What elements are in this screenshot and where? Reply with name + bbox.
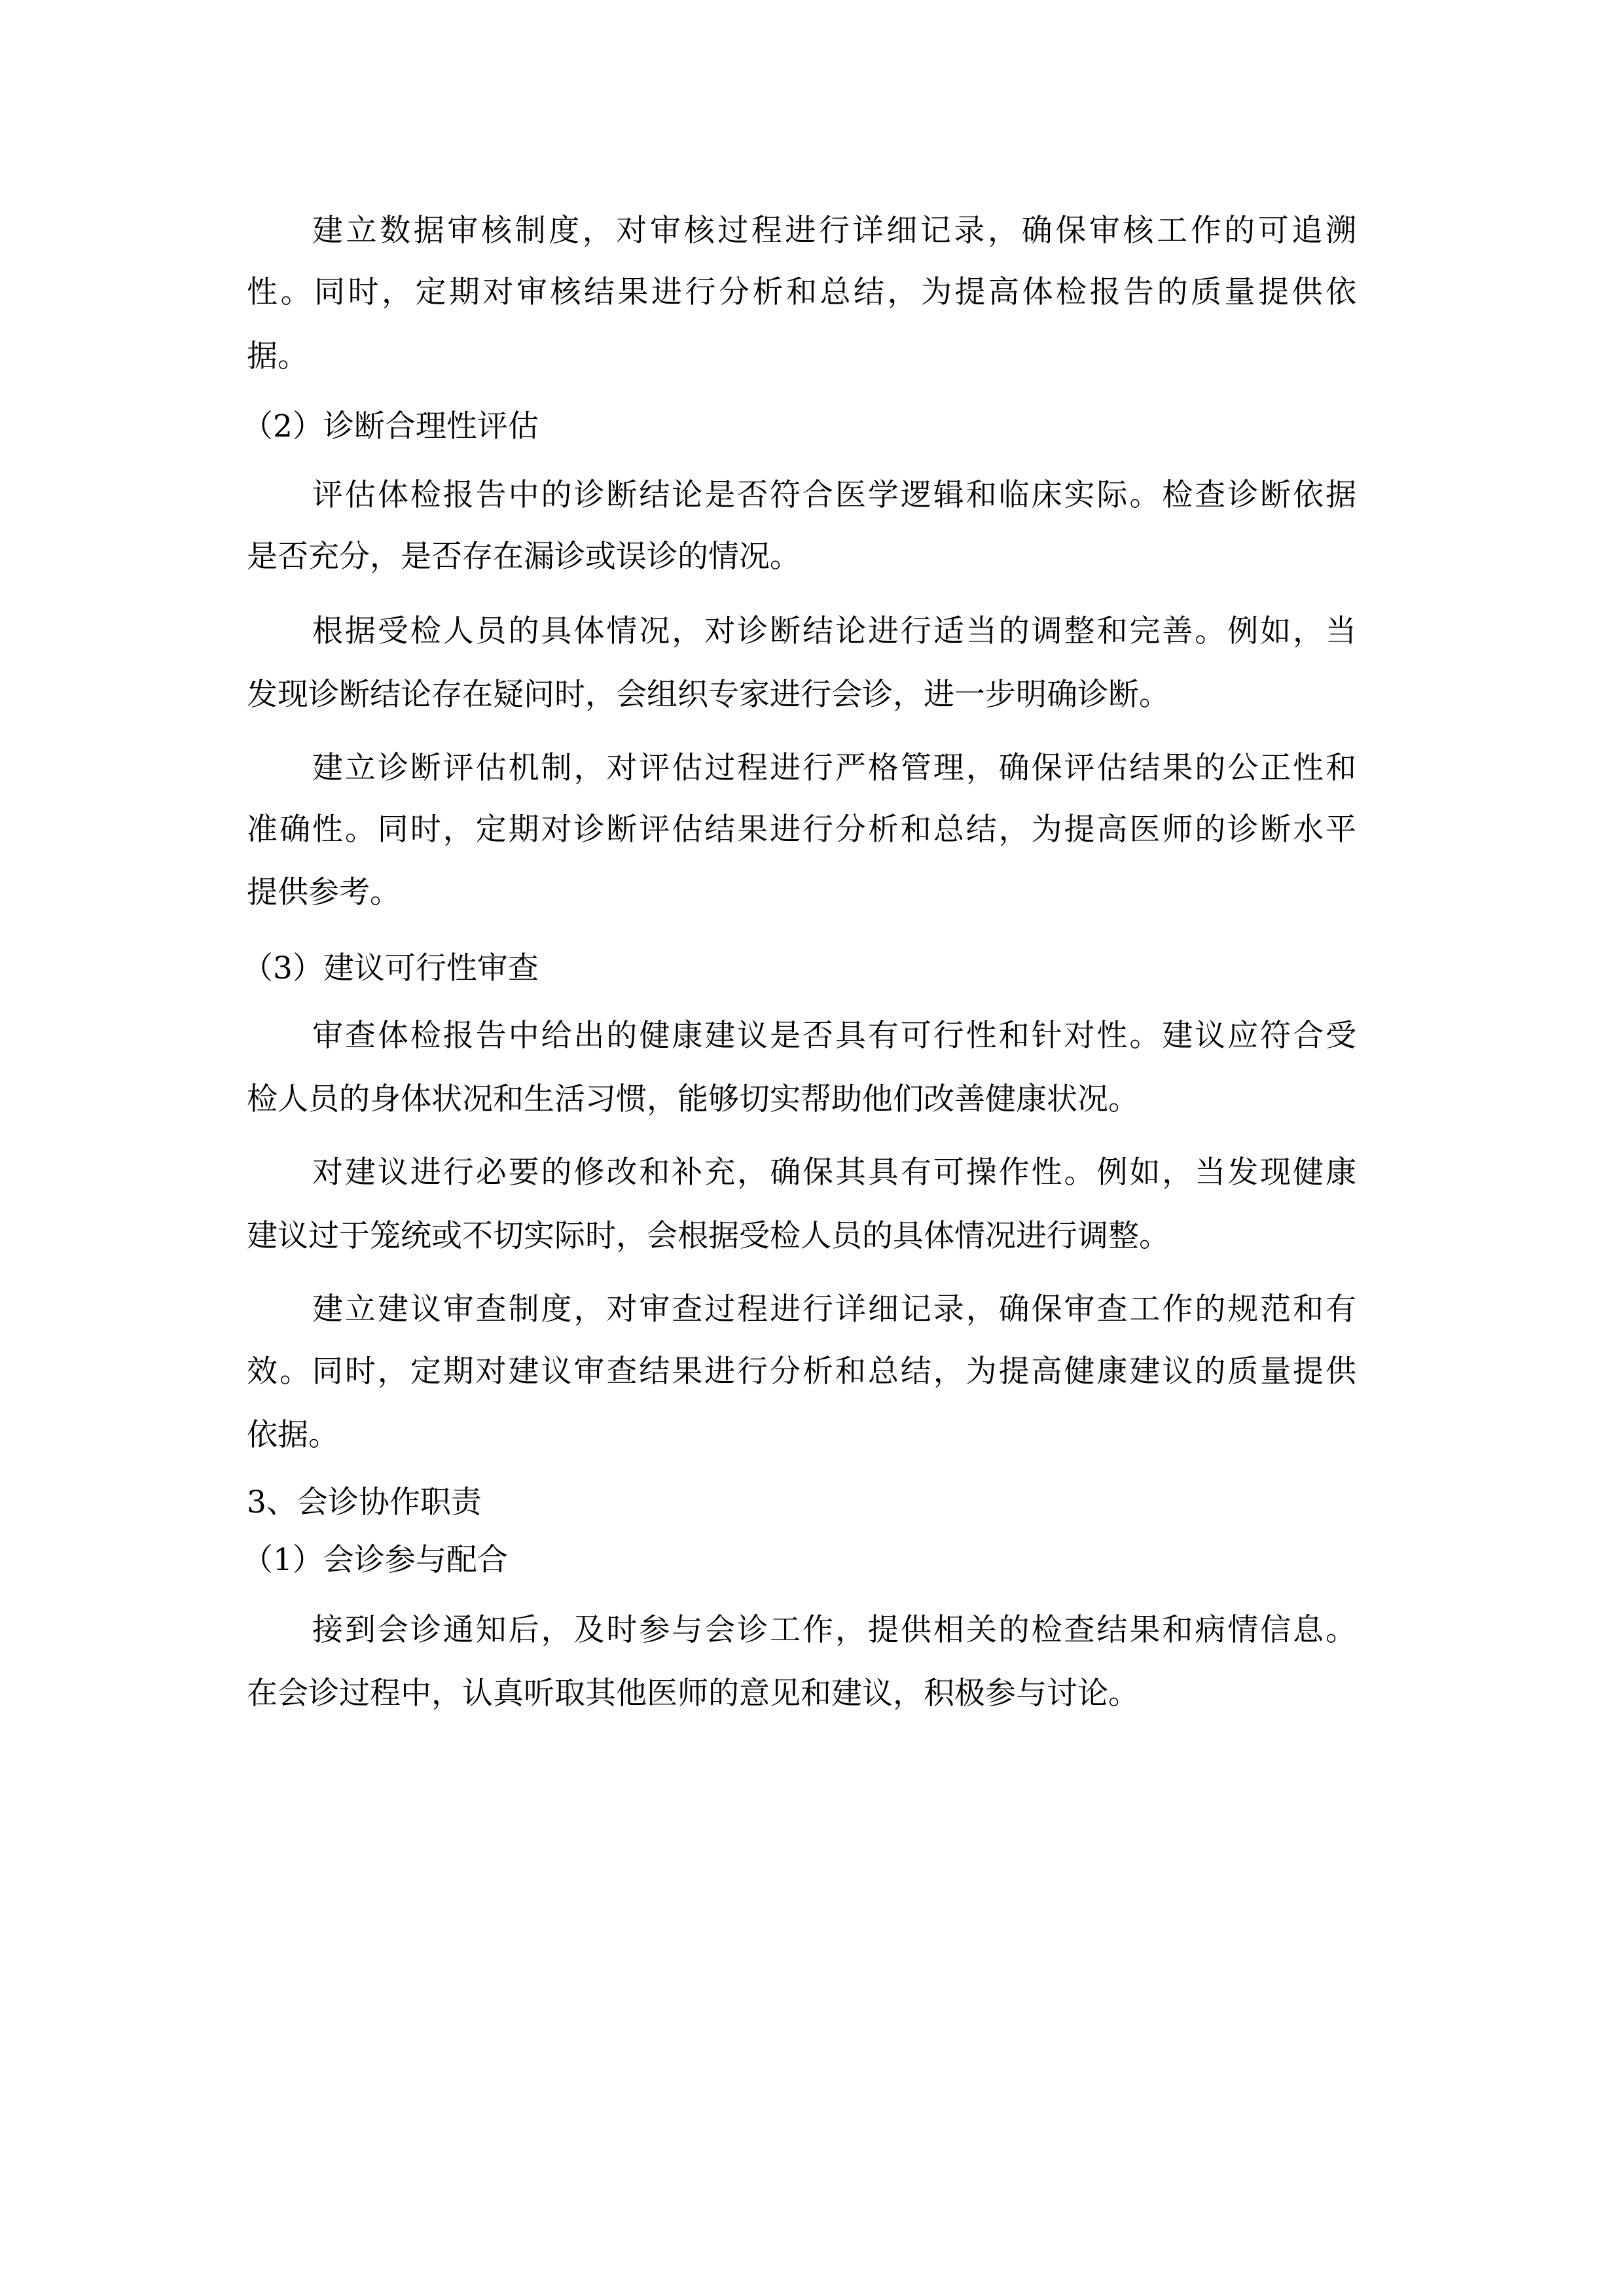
subsection-heading-diagnosis-evaluation: （2）诊断合理性评估 xyxy=(242,407,1352,446)
document-page: 建立数据审核制度，对审核过程进行详细记录，确保审核工作的可追溯 性。同时，定期对… xyxy=(0,0,1624,2296)
paragraph-line: 建立建议审查制度，对审查过程进行详细记录，确保审查工作的规范和有 xyxy=(247,1290,1356,1329)
paragraph-line: 发现诊断结论存在疑问时，会组织专家进行会诊，进一步明确诊断。 xyxy=(247,675,1356,715)
paragraph-line: 效。同时，定期对建议审查结果进行分析和总结，为提高健康建议的质量提供 xyxy=(247,1352,1356,1391)
subsection-heading-consultation-participation: （1）会诊参与配合 xyxy=(242,1541,1352,1580)
paragraph-line: 建立诊断评估机制，对评估过程进行严格管理，确保评估结果的公正性和 xyxy=(247,749,1356,788)
paragraph-line: 是否充分，是否存在漏诊或误诊的情况。 xyxy=(247,537,1356,577)
paragraph-line: 据。 xyxy=(247,337,1356,376)
paragraph-line: 建议过于笼统或不切实际时，会根据受检人员的具体情况进行调整。 xyxy=(247,1217,1356,1256)
paragraph-line: 检人员的身体状况和生活习惯，能够切实帮助他们改善健康状况。 xyxy=(247,1080,1356,1119)
paragraph-line: 审查体检报告中给出的健康建议是否具有可行性和针对性。建议应符合受 xyxy=(247,1016,1356,1056)
paragraph-line: 依据。 xyxy=(247,1416,1356,1455)
paragraph-line: 提供参考。 xyxy=(247,873,1356,912)
paragraph-line: 准确性。同时，定期对诊断评估结果进行分析和总结，为提高医师的诊断水平 xyxy=(247,810,1356,850)
section-heading-consultation-duties: 3、会诊协作职责 xyxy=(247,1483,1356,1522)
subsection-heading-advice-review: （3）建议可行性审查 xyxy=(242,949,1352,988)
paragraph-line: 评估体检报告中的诊断结论是否符合医学逻辑和临床实际。检查诊断依据 xyxy=(247,476,1356,515)
paragraph-line: 对建议进行必要的修改和补充，确保其具有可操作性。例如，当发现健康 xyxy=(247,1153,1356,1193)
paragraph-line: 性。同时，定期对审核结果进行分析和总结，为提高体检报告的质量提供依 xyxy=(247,273,1356,312)
paragraph-line: 根据受检人员的具体情况，对诊断结论进行适当的调整和完善。例如，当 xyxy=(247,612,1356,651)
paragraph-line: 在会诊过程中，认真听取其他医师的意见和建议，积极参与讨论。 xyxy=(247,1674,1356,1713)
paragraph-line: 接到会诊通知后，及时参与会诊工作，提供相关的检查结果和病情信息。 xyxy=(247,1611,1356,1650)
paragraph-line: 建立数据审核制度，对审核过程进行详细记录，确保审核工作的可追溯 xyxy=(247,211,1356,251)
